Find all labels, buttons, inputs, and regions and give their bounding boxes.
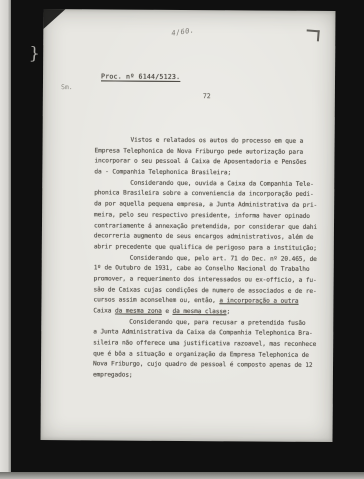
scanned-document-page: 4/60. Proc. nº 6144/5123. Sm. 72 Vistos … [40, 9, 335, 442]
typed-segment: da mesma classe [173, 308, 227, 315]
top-annotation: 4/60. [171, 26, 195, 37]
typed-segment: Nova Friburgo, cujo quadro de pessoal é … [93, 361, 312, 370]
typed-segment: promover, a requerimento dos interessado… [94, 275, 317, 284]
typed-segment: meira, pelo seu respectivo presidente, i… [94, 211, 310, 220]
typed-segment: 1º de Outubro de 1931, cabe ao Conselho … [94, 265, 310, 274]
corner-shadow [43, 9, 65, 29]
typed-segment: cursos assim aconselhem ou, então, [93, 297, 219, 305]
typed-line: empregados; [93, 370, 315, 382]
page-number: 72 [203, 92, 211, 100]
margin-note: Sm. [61, 83, 73, 91]
brace-pen-mark: } [28, 44, 40, 65]
typed-segment: a Junta Administrativa da Caixa da Compa… [93, 329, 312, 338]
typed-segment: da por aquella pequena empresa, a Junta … [94, 200, 317, 209]
typed-segment: phonica Brasileira sobre a conveniencia … [94, 190, 313, 199]
typed-segment: são de Caixas cujas condições de numero … [94, 286, 317, 295]
corner-fold-mark [306, 29, 320, 41]
typed-segment: sileira não offerece uma justificativa r… [93, 339, 316, 348]
typed-segment: incorporar o seu pessoal á Caixa de Apos… [94, 158, 306, 166]
typed-segment: da mesma zona [115, 307, 162, 314]
typed-segment: contrariamente á annexação pretendida, p… [94, 222, 317, 231]
typed-body: Vistos e relatados os autos do processo … [93, 135, 317, 382]
typed-segment: ; [226, 308, 230, 315]
typed-segment: Vistos e relatados os autos do processo … [95, 136, 304, 144]
typed-segment: abrir precedente que qualifica de perigo… [94, 243, 317, 252]
typed-line: meira, pelo seu respectivo presidente, i… [94, 210, 316, 222]
typed-segment: Considerando que, para recusar a pretend… [93, 318, 305, 326]
process-number: Proc. nº 6144/5123. [101, 72, 180, 81]
typed-segment: a incorporação a outra [219, 298, 298, 306]
typed-segment: empregados; [93, 371, 133, 378]
typed-segment: que é bôa a situação e organização da Em… [93, 350, 309, 359]
photo-bottom-edge [0, 472, 364, 479]
typed-segment: decorreria augmento de seus encargos adm… [94, 233, 313, 242]
typed-segment: Considerando que, ouvida a Caixa da Comp… [94, 179, 313, 188]
typed-segment: e [162, 308, 173, 315]
typed-segment: Empresa Telephonica de Nova Friburgo ped… [94, 147, 303, 155]
typed-segment: Considerando que, pelo art. 71 do Dec. n… [94, 254, 317, 263]
typed-segment: Caixa [93, 307, 115, 314]
photo-left-edge [0, 0, 11, 479]
typed-segment: da - Companhia Telephonica Brasileira; [94, 168, 231, 176]
